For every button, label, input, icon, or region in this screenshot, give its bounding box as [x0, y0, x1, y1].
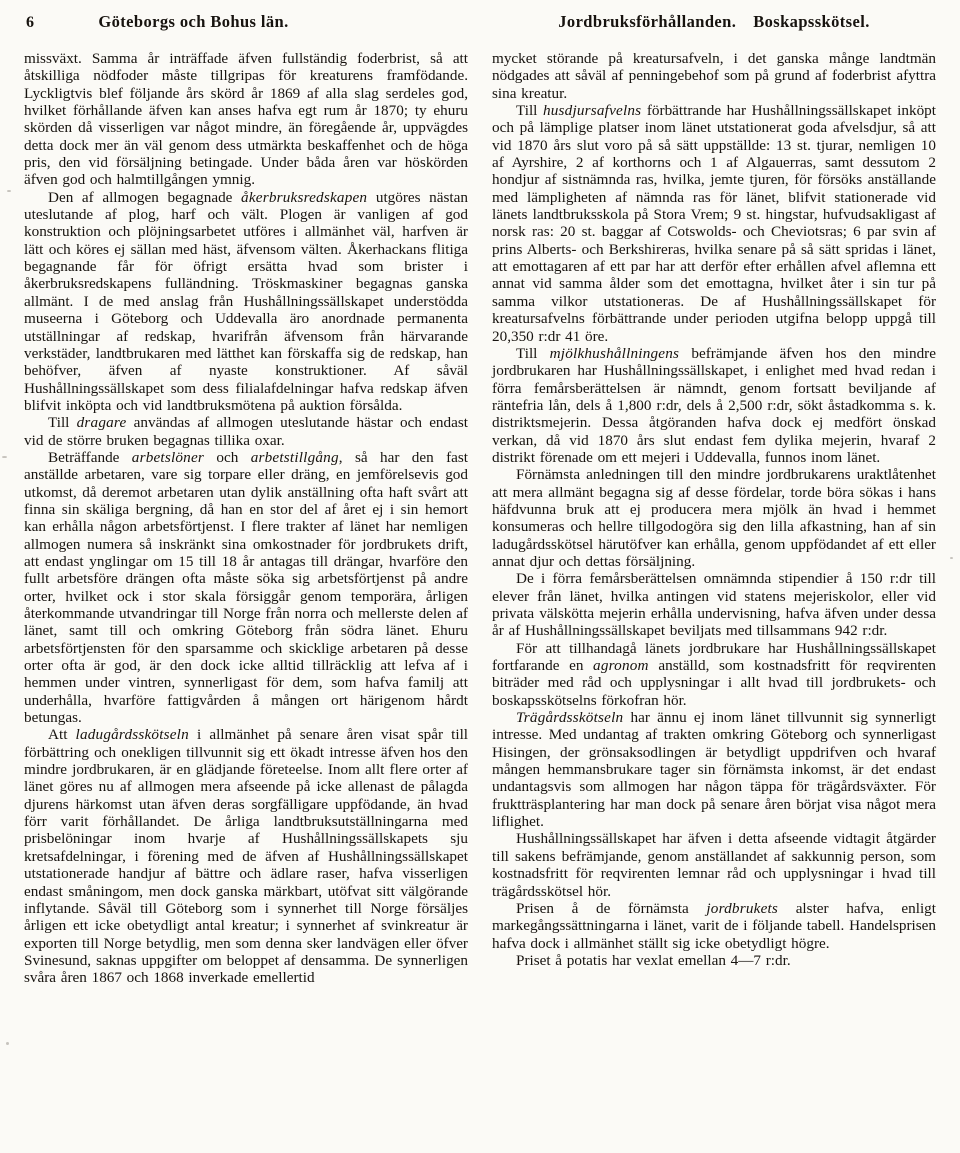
italic-term: mjölkhushållningens	[550, 345, 680, 362]
paragraph: Till husdjursafvelns förbättrande har Hu…	[492, 102, 936, 345]
text-segment: har ännu ej inom länet tillvunnit sig sy…	[492, 709, 936, 830]
paragraph: Prisen å de förnämsta jordbrukets alster…	[492, 900, 936, 952]
paragraph: Trägårdsskötseln har ännu ej inom länet …	[492, 709, 936, 830]
paragraph: missväxt. Samma år inträffade äfven full…	[24, 50, 468, 189]
italic-term: jordbrukets	[706, 900, 778, 917]
italic-term: Trägårdsskötseln	[516, 709, 623, 726]
running-title-right-2: Boskapsskötsel.	[753, 12, 870, 32]
text-segment: Priset å potatis har vexlat emellan 4—7 …	[516, 952, 791, 969]
right-column: mycket störande på kreatursafveln, i det…	[492, 50, 936, 987]
header-left-section: 6 Göteborgs och Bohus län.	[24, 12, 468, 32]
paragraph: Till mjölkhushållningens befrämjande äfv…	[492, 345, 936, 466]
text-segment: och	[204, 449, 251, 466]
running-title-left: Göteborgs och Bohus län.	[98, 12, 288, 32]
scan-artifact	[6, 1042, 9, 1045]
italic-term: husdjursafvelns	[543, 102, 641, 119]
text-segment: Beträffande	[48, 449, 132, 466]
running-title-right-1: Jordbruksförhållanden.	[558, 12, 736, 32]
left-column: missväxt. Samma år inträffade äfven full…	[24, 50, 468, 987]
paragraph: Att ladugårdsskötseln i allmänhet på sen…	[24, 726, 468, 986]
paragraph: Förnämsta anledningen till den mindre jo…	[492, 466, 936, 570]
paragraph: Till dragare användas af allmogen uteslu…	[24, 414, 468, 449]
text-segment: Förnämsta anledningen till den mindre jo…	[492, 466, 936, 570]
document-page: 6 Göteborgs och Bohus län. Jordbruksförh…	[0, 0, 960, 1153]
italic-term: dragare	[77, 414, 127, 431]
paragraph: Priset å potatis har vexlat emellan 4—7 …	[492, 952, 936, 969]
paragraph: Den af allmogen begagnade åkerbruksredsk…	[24, 189, 468, 414]
text-segment: förbättrande har Hushållningssällskapet …	[492, 102, 936, 344]
italic-term: åkerbruksredskapen	[241, 189, 367, 206]
italic-term: ladugårdsskötseln	[76, 726, 189, 743]
text-segment: mycket störande på kreatursafveln, i det…	[492, 50, 936, 102]
text-segment: Till	[516, 102, 543, 119]
scan-artifact	[950, 557, 953, 559]
text-segment: Att	[48, 726, 76, 743]
italic-term: arbetslöner	[132, 449, 204, 466]
text-segment: Den af allmogen begagnade	[48, 189, 241, 206]
text-segment: Hushållningssällskapet har äfven i detta…	[492, 830, 936, 899]
text-columns: missväxt. Samma år inträffade äfven full…	[24, 50, 936, 987]
text-segment: missväxt. Samma år inträffade äfven full…	[24, 50, 468, 188]
paragraph: De i förra femårsberättelsen omnämnda st…	[492, 570, 936, 639]
page-header: 6 Göteborgs och Bohus län. Jordbruksförh…	[24, 12, 936, 32]
text-segment: utgöres nästan uteslutande af plog, harf…	[24, 189, 468, 414]
paragraph: mycket störande på kreatursafveln, i det…	[492, 50, 936, 102]
text-segment: i allmänhet på senare åren visat spår ti…	[24, 726, 468, 986]
paragraph: Beträffande arbetslöner och arbetstillgå…	[24, 449, 468, 727]
scan-artifact	[2, 456, 7, 458]
header-right-section: Jordbruksförhållanden. Boskapsskötsel.	[492, 12, 936, 32]
page-number: 6	[26, 14, 34, 32]
text-segment: De i förra femårsberättelsen omnämnda st…	[492, 570, 936, 639]
text-segment: befrämjande äfven hos den mindre jordbru…	[492, 345, 936, 466]
scan-artifact	[7, 190, 11, 192]
text-segment: , så har den fast anställde arbetaren, v…	[24, 449, 468, 726]
paragraph: Hushållningssällskapet har äfven i detta…	[492, 830, 936, 899]
paragraph: För att tillhandagå länets jordbrukare h…	[492, 640, 936, 709]
italic-term: agronom	[593, 657, 649, 674]
italic-term: arbetstillgång	[251, 449, 339, 466]
text-segment: Prisen å de förnämsta	[516, 900, 706, 917]
text-segment: Till	[516, 345, 550, 362]
text-segment: Till	[48, 414, 77, 431]
